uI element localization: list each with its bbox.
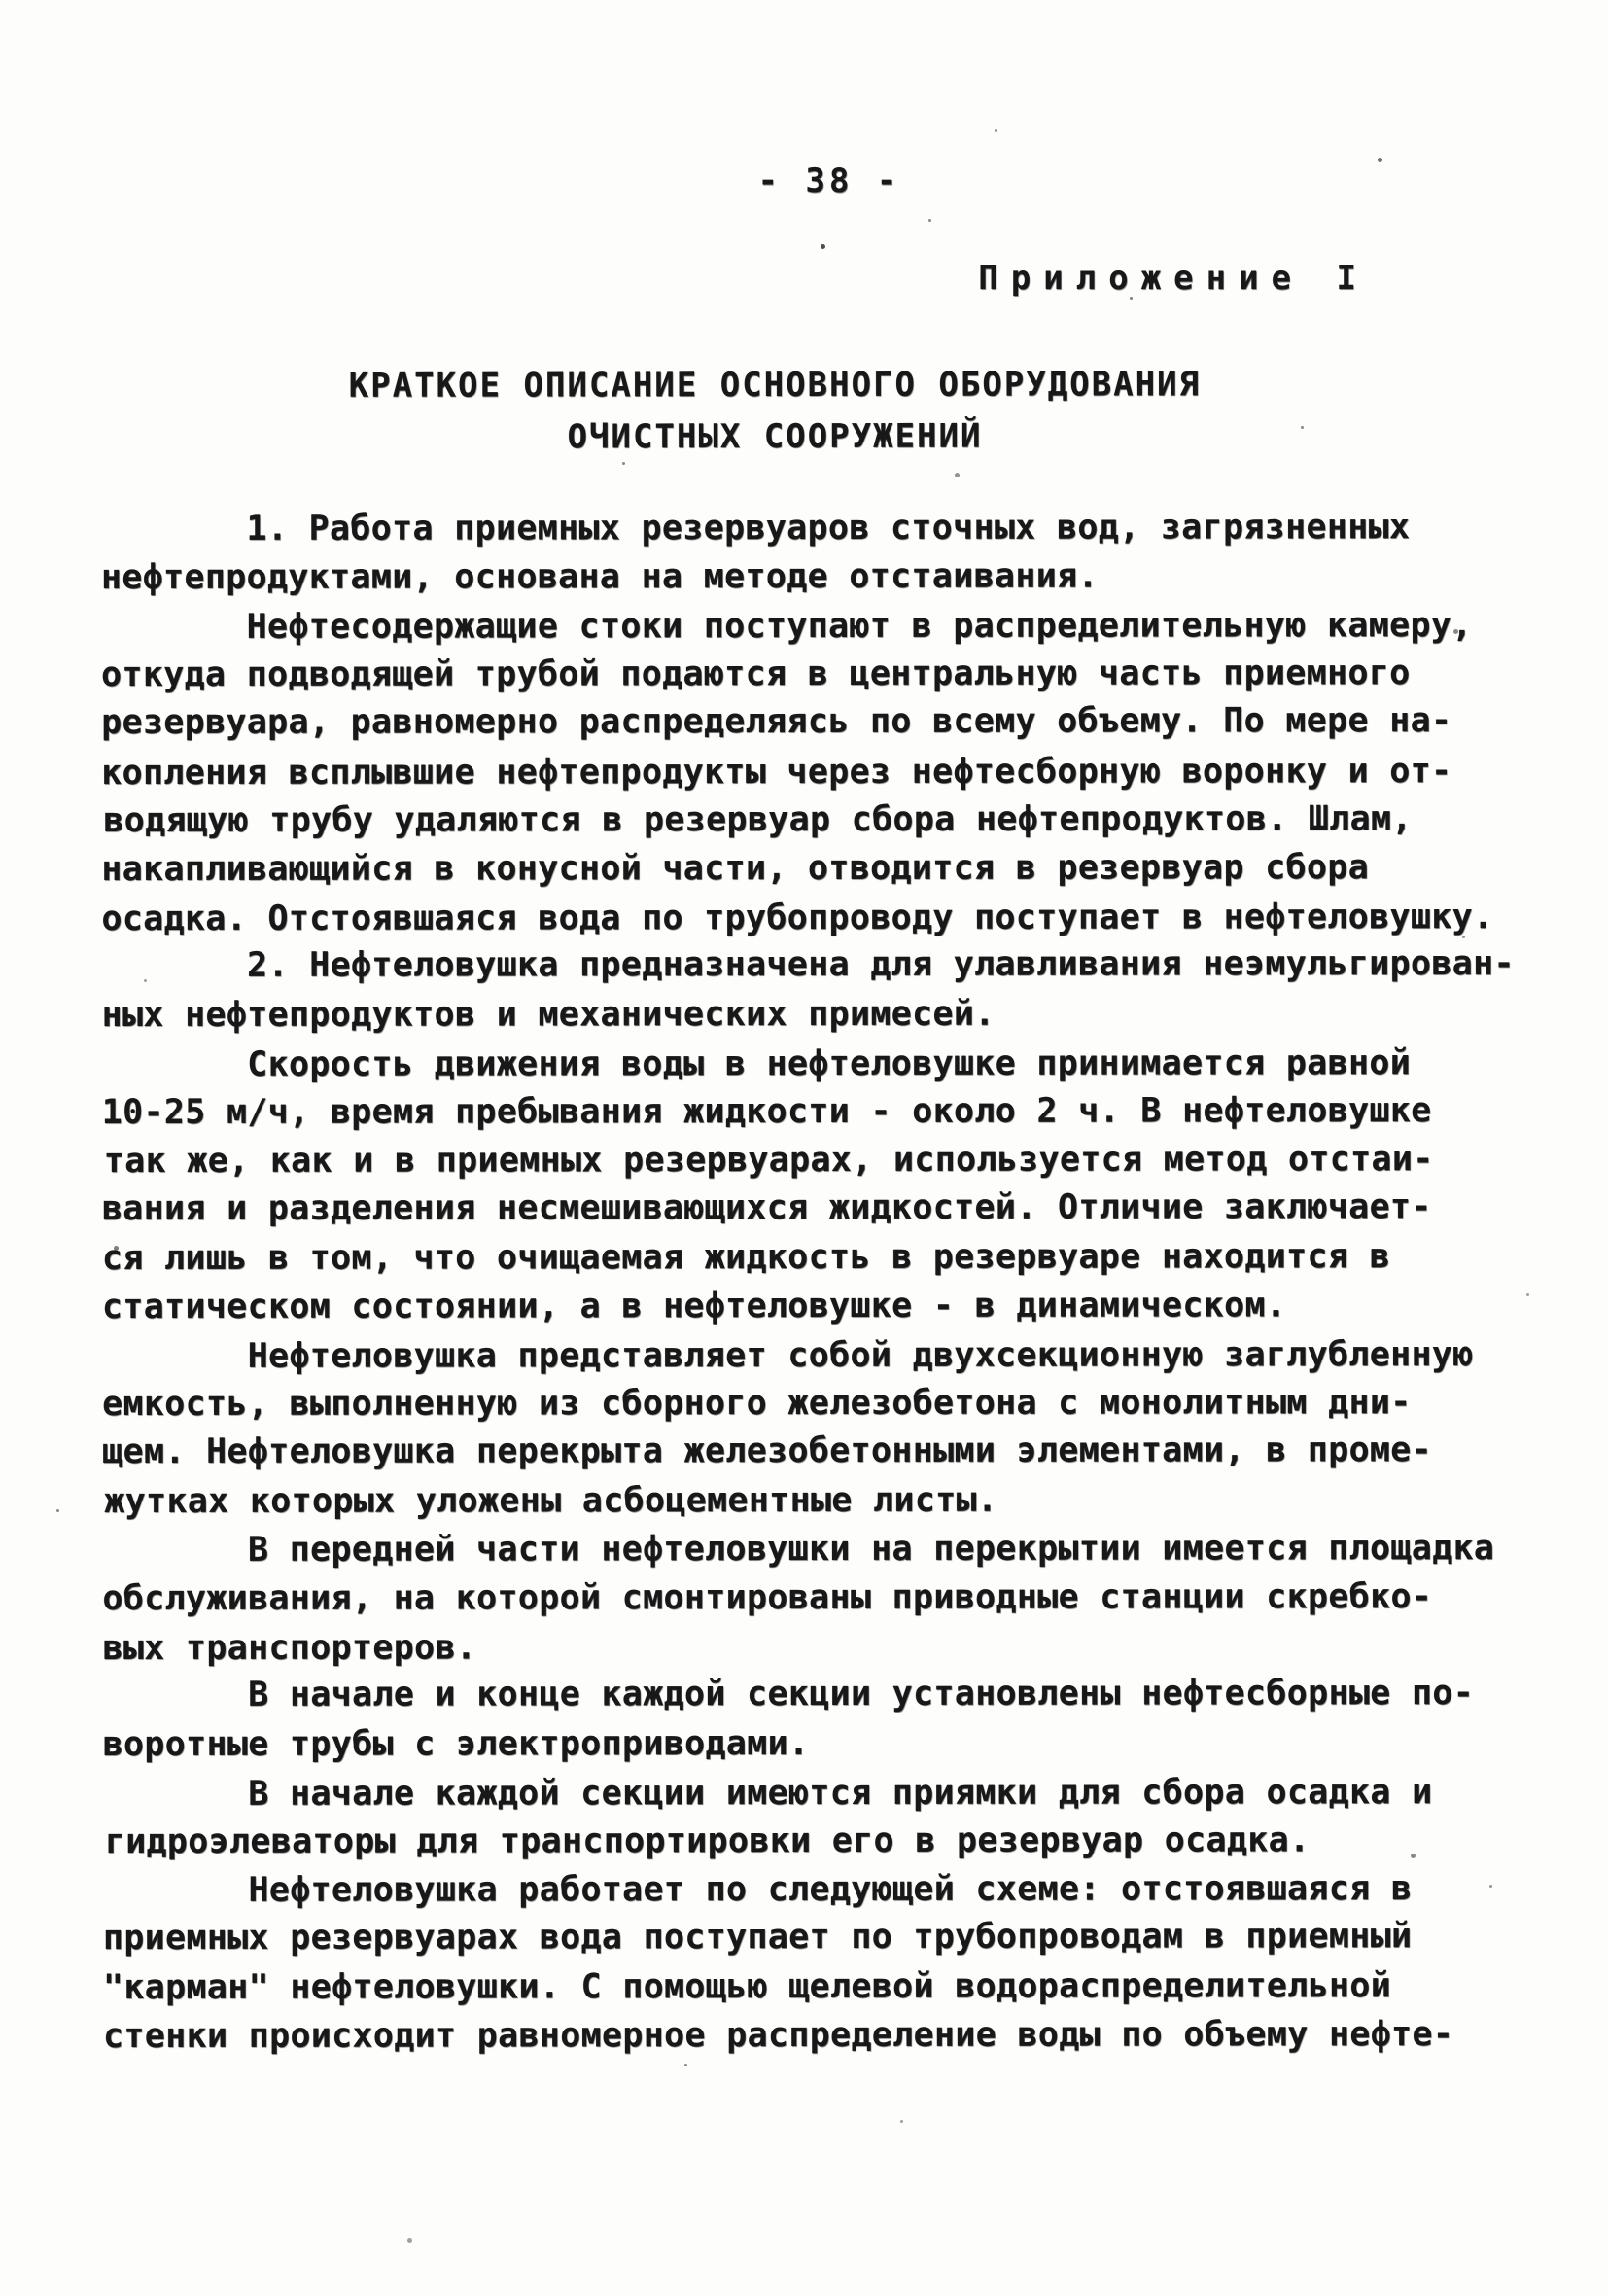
text-line: копления всплывшие нефтепродукты через н…: [101, 747, 1540, 797]
text-line: "карман" нефтеловушки. С помощью щелевой…: [103, 1961, 1542, 2012]
text-line: В начале каждой секции имеются приямки д…: [103, 1768, 1542, 1819]
text-line: Нефтесодержащие стоки поступают в распре…: [101, 601, 1540, 652]
text-line: резервуара, равномерно распределяясь по …: [101, 696, 1540, 747]
text-line: Нефтеловушка работает по следующей схеме…: [103, 1864, 1542, 1915]
text-line: 2. Нефтеловушка предназначена для улавли…: [102, 939, 1541, 990]
text-line: нефтепродуктами, основана на методе отст…: [101, 551, 1540, 602]
document-title-line-1: КРАТКОЕ ОПИСАНИЕ ОСНОВНОГО ОБОРУДОВАНИЯ: [0, 359, 1579, 413]
text-line: осадка. Отстоявшаяся вода по трубопровод…: [101, 893, 1540, 943]
appendix-label: Приложение I: [978, 259, 1369, 298]
text-line: так же, как и в приемных резервуарах, ис…: [104, 1135, 1543, 1185]
text-line: 1. Работа приемных резервуаров сточных в…: [101, 503, 1540, 553]
text-line: водящую трубу удаляются в резервуар сбор…: [103, 795, 1542, 845]
text-line: обслуживания, на которой смонтированы пр…: [102, 1572, 1541, 1623]
text-line: статическом состоянии, а в нефтеловушке …: [102, 1281, 1541, 1331]
text-line: воротные трубы с электроприводами.: [103, 1718, 1542, 1769]
scan-noise-speckles: [0, 0, 3, 3]
text-line: Скорость движения воды в нефтеловушке пр…: [102, 1039, 1541, 1089]
text-line: В передней части нефтеловушки на перекры…: [102, 1524, 1541, 1574]
text-line: гидроэлеваторы для транспортировки его в…: [105, 1816, 1544, 1866]
document-title-line-2: ОЧИСТНЫХ СООРУЖЕНИЙ: [0, 410, 1579, 465]
text-line: ных нефтепродуктов и механических примес…: [102, 989, 1541, 1040]
text-line: жутках которых уложены асбоцементные лис…: [104, 1475, 1543, 1526]
text-line: вых транспортеров.: [102, 1622, 1541, 1673]
text-line: приемных резервуарах вода поступает по т…: [103, 1912, 1542, 1962]
text-line: Нефтеловушка представляет собой двухсекц…: [102, 1330, 1541, 1381]
text-line: емкость, выполненную из сборного железоб…: [102, 1378, 1541, 1429]
text-line: вания и разделения несмешивающихся жидко…: [102, 1183, 1541, 1233]
text-line: В начале и конце каждой секции установле…: [103, 1669, 1542, 1719]
document-body: 1. Работа приемных резервуаров сточных в…: [101, 503, 1542, 2061]
text-line: щем. Нефтеловушка перекрыта железобетонн…: [102, 1426, 1541, 1476]
text-line: откуда подводящей трубой подаются в цент…: [101, 649, 1540, 699]
page-number: - 38 -: [25, 161, 1608, 200]
document-title: КРАТКОЕ ОПИСАНИЕ ОСНОВНОГО ОБОРУДОВАНИЯ …: [0, 359, 1579, 465]
text-line: 10-25 м/ч, время пребывания жидкости - о…: [102, 1086, 1541, 1137]
text-line: накапливающийся в конусной части, отводи…: [101, 843, 1540, 894]
text-line: стенки происходит равномерное распределе…: [103, 2010, 1542, 2061]
text-line: ся лишь в том, что очищаемая жидкость в …: [102, 1232, 1541, 1283]
scanned-document-page: - 38 - Приложение I КРАТКОЕ ОПИСАНИЕ ОСН…: [0, 0, 1608, 2296]
